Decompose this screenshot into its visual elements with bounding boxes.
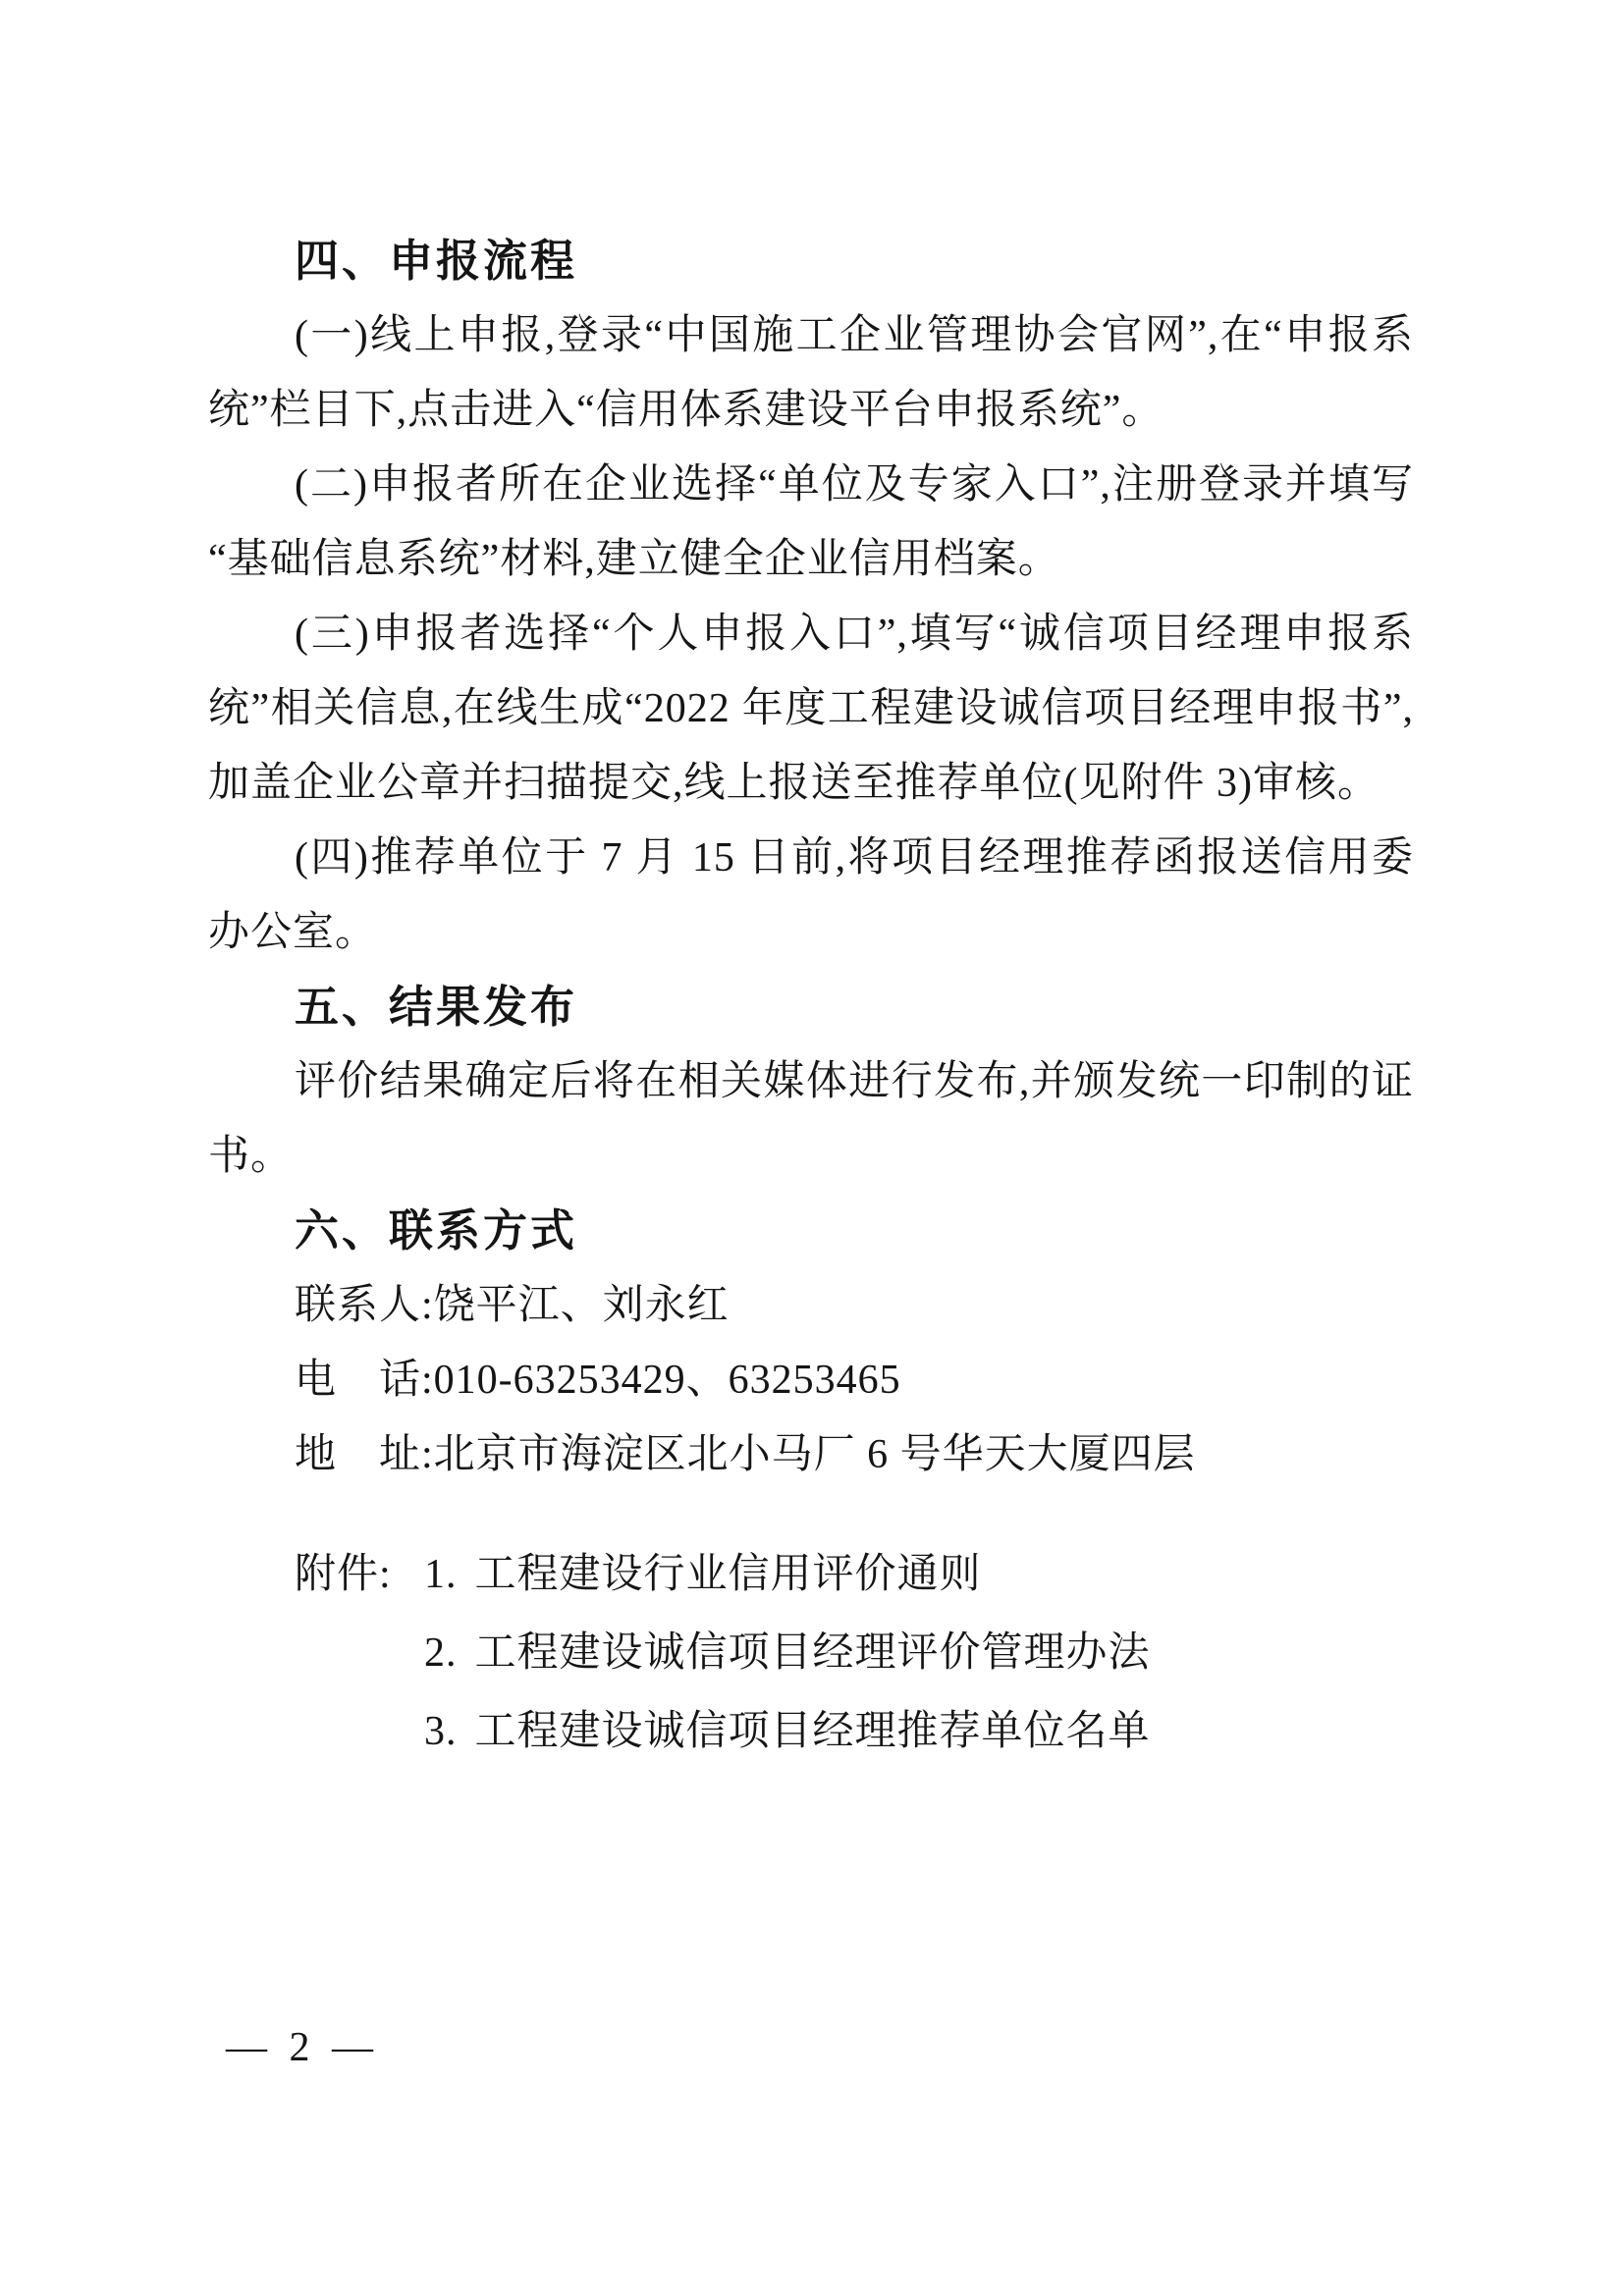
attachment-number: 2. <box>424 1614 458 1692</box>
attachment-title: 工程建设诚信项目经理推荐单位名单 <box>475 1692 1151 1771</box>
contact-address-line: 地 址:北京市海淀区北小马厂 6 号华天大厦四层 <box>208 1417 1414 1492</box>
section-heading-4: 四、申报流程 <box>208 224 1414 298</box>
attachments-label: 附件: <box>295 1535 424 1614</box>
paragraph-4-3: (三)申报者选择“个人申报入口”,填写“诚信项目经理申报系统”相关信息,在线生成… <box>208 597 1414 821</box>
contact-phone-line: 电 话:010-63253429、63253465 <box>208 1343 1414 1417</box>
paragraph-4-1: (一)线上申报,登录“中国施工企业管理协会官网”,在“申报系统”栏目下,点击进入… <box>208 298 1414 448</box>
attachment-title: 工程建设行业信用评价通则 <box>475 1535 982 1614</box>
contact-person-line: 联系人:饶平江、刘永红 <box>208 1268 1414 1343</box>
page-number: — 2 — <box>226 2018 379 2077</box>
attachment-number: 3. <box>424 1692 458 1771</box>
attachment-number: 1. <box>424 1535 458 1614</box>
document-page: 四、申报流程 (一)线上申报,登录“中国施工企业管理协会官网”,在“申报系统”栏… <box>0 0 1623 2296</box>
paragraph-4-4: (四)推荐单位于 7 月 15 日前,将项目经理推荐函报送信用委办公室。 <box>208 821 1414 970</box>
attachment-item: 3. 工程建设诚信项目经理推荐单位名单 <box>295 1692 1414 1771</box>
section-heading-5: 五、结果发布 <box>208 970 1414 1044</box>
section-heading-6: 六、联系方式 <box>208 1194 1414 1268</box>
paragraph-5-1: 评价结果确定后将在相关媒体进行发布,并颁发统一印制的证书。 <box>208 1044 1414 1194</box>
attachment-title: 工程建设诚信项目经理评价管理办法 <box>475 1614 1151 1692</box>
attachment-item: 附件: 1. 工程建设行业信用评价通则 <box>295 1535 1414 1614</box>
attachments-list: 附件: 1. 工程建设行业信用评价通则 2. 工程建设诚信项目经理评价管理办法 … <box>208 1535 1414 1771</box>
paragraph-4-2: (二)申报者所在企业选择“单位及专家入口”,注册登录并填写“基础信息系统”材料,… <box>208 448 1414 597</box>
document-content: 四、申报流程 (一)线上申报,登录“中国施工企业管理协会官网”,在“申报系统”栏… <box>208 224 1414 1771</box>
attachment-item: 2. 工程建设诚信项目经理评价管理办法 <box>295 1614 1414 1692</box>
